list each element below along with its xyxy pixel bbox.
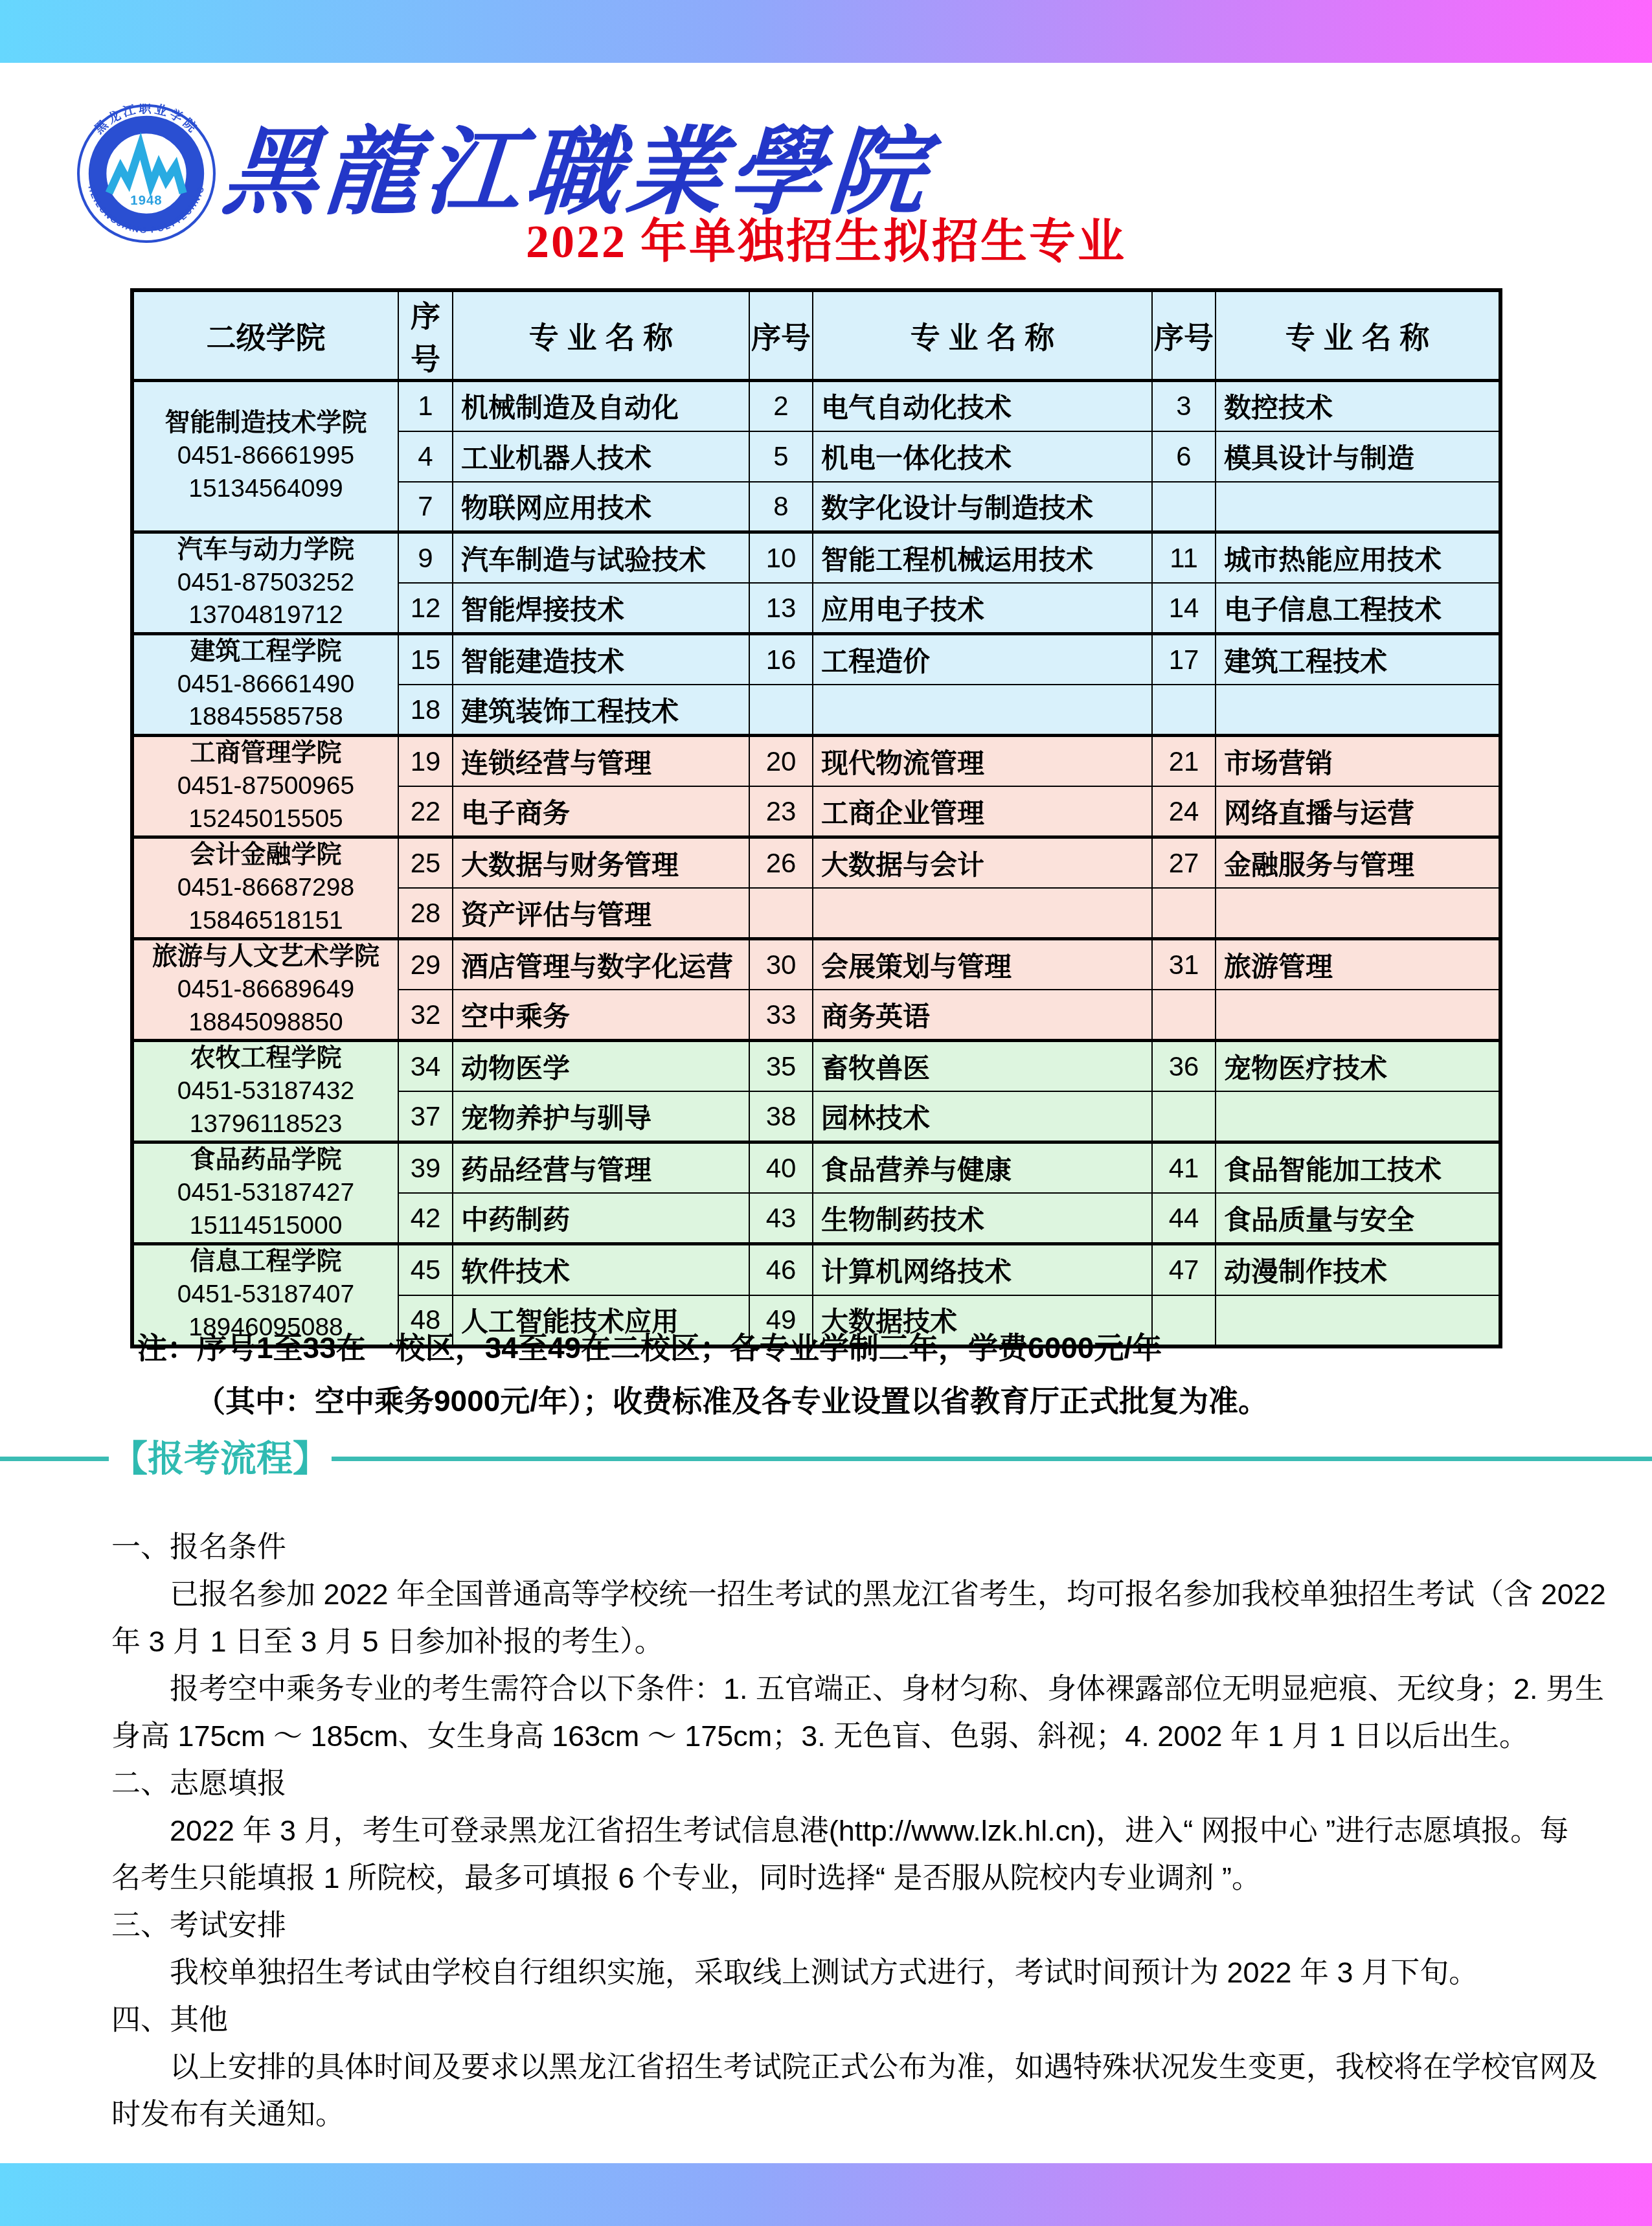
college-phone: 0451-53187407	[137, 1278, 395, 1312]
major-name-cell: 机械制造及自动化	[453, 381, 749, 431]
college-cell: 工商管理学院0451-8750096515245015505	[132, 736, 398, 837]
major-name-cell: 电气自动化技术	[813, 381, 1152, 431]
major-name-cell: 现代物流管理	[813, 736, 1152, 787]
college-name: 汽车与动力学院	[137, 534, 395, 567]
college-phone: 0451-86661490	[137, 668, 395, 701]
note-line-2: （其中：空中乘务9000元/年）；收费标准及各专业设置以省教育厅正式批复为准。	[137, 1374, 1268, 1427]
major-number-cell: 25	[398, 837, 453, 889]
major-number-cell: 35	[749, 1041, 813, 1092]
major-name-cell: 金融服务与管理	[1216, 837, 1500, 889]
major-name-cell: 旅游管理	[1216, 939, 1500, 990]
college-cell: 旅游与人文艺术学院0451-8668964918845098850	[132, 939, 398, 1041]
major-number-cell: 8	[749, 482, 813, 532]
major-name-cell: 模具设计与制造	[1216, 431, 1500, 482]
major-number-cell	[749, 888, 813, 939]
major-name-cell	[1216, 1091, 1500, 1142]
major-number-cell: 5	[749, 431, 813, 482]
major-number-cell	[1152, 685, 1216, 736]
body-line: 年 3 月 1 日至 3 月 5 日参加补报的考生）。	[111, 1618, 1598, 1665]
major-number-cell: 40	[749, 1142, 813, 1194]
major-name-cell: 建筑工程技术	[1216, 634, 1500, 685]
body-heading: 二、志愿填报	[111, 1760, 1598, 1807]
major-name-cell: 药品经营与管理	[453, 1142, 749, 1194]
major-name-cell: 商务英语	[813, 990, 1152, 1041]
college-cell: 汽车与动力学院0451-8750325213704819712	[132, 532, 398, 634]
major-number-cell	[1152, 1091, 1216, 1142]
page-title: 2022 年单独招生拟招生专业	[0, 203, 1652, 271]
major-name-cell: 智能焊接技术	[453, 583, 749, 634]
major-number-cell: 21	[1152, 736, 1216, 787]
major-name-cell: 计算机网络技术	[813, 1244, 1152, 1295]
college-phone: 0451-87500965	[137, 770, 395, 803]
college-cell: 农牧工程学院0451-5318743213796118523	[132, 1041, 398, 1142]
college-phone: 15134564099	[137, 473, 395, 506]
body-line: 以上安排的具体时间及要求以黑龙江省招生考试院正式公布为准，如遇特殊状况发生变更，…	[111, 2043, 1598, 2091]
table-row: 食品药品学院0451-531874271511451500039药品经营与管理4…	[132, 1142, 1500, 1194]
body-line: 身高 175cm ～ 185cm、女生身高 163cm ～ 175cm；3. 无…	[111, 1712, 1598, 1760]
major-name-cell: 网络直播与运营	[1216, 786, 1500, 837]
major-name-cell: 宠物养护与驯导	[453, 1091, 749, 1142]
major-number-cell: 27	[1152, 837, 1216, 889]
major-number-cell: 34	[398, 1041, 453, 1092]
table-row: 工商管理学院0451-875009651524501550519连锁经营与管理2…	[132, 736, 1500, 787]
college-phone: 0451-53187427	[137, 1177, 395, 1210]
table-notes: 注：序号1至33在一校区，34至49在二校区；各专业学制三年，学费6000元/年…	[137, 1321, 1268, 1427]
major-number-cell: 37	[398, 1091, 453, 1142]
major-number-cell: 23	[749, 786, 813, 837]
body-heading: 四、其他	[111, 1996, 1598, 2043]
major-name-cell: 汽车制造与试验技术	[453, 532, 749, 584]
major-number-cell	[1152, 888, 1216, 939]
college-cell: 会计金融学院0451-8668729815846518151	[132, 837, 398, 939]
body-heading: 三、考试安排	[111, 1902, 1598, 1949]
major-name-cell: 动物医学	[453, 1041, 749, 1092]
major-name-cell: 动漫制作技术	[1216, 1244, 1500, 1295]
college-name: 食品药品学院	[137, 1144, 395, 1177]
major-name-cell: 会展策划与管理	[813, 939, 1152, 990]
college-name: 农牧工程学院	[137, 1042, 395, 1075]
poster-page: 黑龙江职业学院 HEILONGJIANG POLYTECHNIC 1948 黑龍…	[0, 0, 1652, 2226]
column-header: 序号	[749, 290, 813, 381]
college-phone: 13796118523	[137, 1108, 395, 1141]
column-header: 专 业 名 称	[453, 290, 749, 381]
major-number-cell: 43	[749, 1193, 813, 1244]
major-name-cell	[1216, 685, 1500, 736]
major-number-cell: 13	[749, 583, 813, 634]
college-phone: 0451-86687298	[137, 872, 395, 905]
major-number-cell: 29	[398, 939, 453, 990]
major-number-cell: 11	[1152, 532, 1216, 584]
major-number-cell: 46	[749, 1244, 813, 1295]
major-name-cell: 食品质量与安全	[1216, 1193, 1500, 1244]
major-number-cell: 1	[398, 381, 453, 431]
major-number-cell: 38	[749, 1091, 813, 1142]
bottom-gradient-strip	[0, 2163, 1652, 2226]
major-number-cell: 10	[749, 532, 813, 584]
major-number-cell: 28	[398, 888, 453, 939]
major-number-cell: 12	[398, 583, 453, 634]
major-name-cell: 生物制药技术	[813, 1193, 1152, 1244]
major-name-cell: 食品智能加工技术	[1216, 1142, 1500, 1194]
college-cell: 食品药品学院0451-5318742715114515000	[132, 1142, 398, 1244]
body-line: 我校单独招生考试由学校自行组织实施，采取线上测试方式进行，考试时间预计为 202…	[111, 1949, 1598, 1996]
body-heading: 一、报名条件	[111, 1523, 1598, 1571]
college-phone: 13704819712	[137, 599, 395, 632]
major-number-cell: 45	[398, 1244, 453, 1295]
major-number-cell: 31	[1152, 939, 1216, 990]
college-name: 工商管理学院	[137, 737, 395, 770]
table-row: 建筑工程学院0451-866614901884558575815智能建造技术16…	[132, 634, 1500, 685]
major-name-cell: 中药制药	[453, 1193, 749, 1244]
major-number-cell: 15	[398, 634, 453, 685]
major-number-cell: 24	[1152, 786, 1216, 837]
majors-table-header: 二级学院序号专 业 名 称序号专 业 名 称序号专 业 名 称	[132, 290, 1500, 381]
major-number-cell: 2	[749, 381, 813, 431]
majors-table-body: 智能制造技术学院0451-86661995151345640991机械制造及自动…	[132, 381, 1500, 1346]
application-process-text: 一、报名条件已报名参加 2022 年全国普通高等学校统一招生考试的黑龙江省考生，…	[111, 1523, 1598, 2138]
section-title: 【报考流程】	[109, 1439, 332, 1478]
college-phone: 0451-87503252	[137, 567, 395, 600]
body-line: 2022 年 3 月，考生可登录黑龙江省招生考试信息港(http://www.l…	[111, 1807, 1598, 1854]
major-number-cell: 39	[398, 1142, 453, 1194]
table-row: 智能制造技术学院0451-86661995151345640991机械制造及自动…	[132, 381, 1500, 431]
college-phone: 18845585758	[137, 701, 395, 734]
major-number-cell: 30	[749, 939, 813, 990]
major-name-cell: 资产评估与管理	[453, 888, 749, 939]
major-name-cell: 宠物医疗技术	[1216, 1041, 1500, 1092]
college-phone: 0451-86689649	[137, 973, 395, 1006]
body-line: 时发布有关通知。	[111, 2091, 1598, 2138]
column-header: 序号	[398, 290, 453, 381]
major-number-cell: 20	[749, 736, 813, 787]
college-name: 旅游与人文艺术学院	[137, 940, 395, 973]
college-phone: 15245015505	[137, 803, 395, 836]
major-name-cell	[1216, 990, 1500, 1041]
major-name-cell: 数字化设计与制造技术	[813, 482, 1152, 532]
column-header: 专 业 名 称	[1216, 290, 1500, 381]
major-number-cell: 9	[398, 532, 453, 584]
major-number-cell: 41	[1152, 1142, 1216, 1194]
major-name-cell	[1216, 888, 1500, 939]
major-number-cell: 4	[398, 431, 453, 482]
majors-table: 二级学院序号专 业 名 称序号专 业 名 称序号专 业 名 称 智能制造技术学院…	[130, 288, 1502, 1348]
major-number-cell: 32	[398, 990, 453, 1041]
college-name: 智能制造技术学院	[137, 407, 395, 440]
major-name-cell: 城市热能应用技术	[1216, 532, 1500, 584]
major-name-cell: 空中乘务	[453, 990, 749, 1041]
major-name-cell: 电子信息工程技术	[1216, 583, 1500, 634]
major-name-cell: 食品营养与健康	[813, 1142, 1152, 1194]
major-number-cell: 22	[398, 786, 453, 837]
major-name-cell	[1216, 482, 1500, 532]
major-name-cell	[813, 685, 1152, 736]
major-name-cell: 机电一体化技术	[813, 431, 1152, 482]
major-number-cell	[749, 685, 813, 736]
college-phone: 0451-86661995	[137, 440, 395, 473]
major-name-cell: 智能工程机械运用技术	[813, 532, 1152, 584]
major-number-cell	[1152, 990, 1216, 1041]
major-number-cell: 33	[749, 990, 813, 1041]
major-name-cell: 大数据与财务管理	[453, 837, 749, 889]
table-row: 汽车与动力学院0451-87503252137048197129汽车制造与试验技…	[132, 532, 1500, 584]
table-row: 农牧工程学院0451-531874321379611852334动物医学35畜牧…	[132, 1041, 1500, 1092]
major-number-cell: 47	[1152, 1244, 1216, 1295]
major-name-cell: 工商企业管理	[813, 786, 1152, 837]
body-line: 报考空中乘务专业的考生需符合以下条件：1. 五官端正、身材匀称、身体裸露部位无明…	[111, 1665, 1598, 1712]
major-name-cell: 工业机器人技术	[453, 431, 749, 482]
column-header: 二级学院	[132, 290, 398, 381]
major-number-cell: 26	[749, 837, 813, 889]
major-name-cell: 园林技术	[813, 1091, 1152, 1142]
table-row: 旅游与人文艺术学院0451-866896491884509885029酒店管理与…	[132, 939, 1500, 990]
major-name-cell: 应用电子技术	[813, 583, 1152, 634]
column-header: 专 业 名 称	[813, 290, 1152, 381]
college-phone: 15846518151	[137, 905, 395, 938]
major-number-cell: 19	[398, 736, 453, 787]
major-number-cell: 36	[1152, 1041, 1216, 1092]
college-phone: 0451-53187432	[137, 1075, 395, 1108]
body-line: 名考生只能填报 1 所院校，最多可填报 6 个专业，同时选择“ 是否服从院校内专…	[111, 1854, 1598, 1902]
college-phone: 18845098850	[137, 1006, 395, 1039]
major-number-cell: 18	[398, 685, 453, 736]
college-phone: 15114515000	[137, 1210, 395, 1243]
major-number-cell: 3	[1152, 381, 1216, 431]
rule-left-segment	[0, 1457, 109, 1461]
rule-right-segment	[332, 1457, 1652, 1461]
major-name-cell	[813, 888, 1152, 939]
major-name-cell: 工程造价	[813, 634, 1152, 685]
major-name-cell: 市场营销	[1216, 736, 1500, 787]
college-cell: 智能制造技术学院0451-8666199515134564099	[132, 381, 398, 532]
major-name-cell: 连锁经营与管理	[453, 736, 749, 787]
college-cell: 建筑工程学院0451-8666149018845585758	[132, 634, 398, 736]
major-name-cell: 大数据与会计	[813, 837, 1152, 889]
table-row: 信息工程学院0451-531874071894609508845软件技术46计算…	[132, 1244, 1500, 1295]
major-name-cell: 酒店管理与数字化运营	[453, 939, 749, 990]
note-line-1: 注：序号1至33在一校区，34至49在二校区；各专业学制三年，学费6000元/年	[137, 1321, 1268, 1374]
column-header: 序号	[1152, 290, 1216, 381]
top-gradient-strip	[0, 0, 1652, 63]
major-name-cell: 物联网应用技术	[453, 482, 749, 532]
major-number-cell: 17	[1152, 634, 1216, 685]
college-name: 信息工程学院	[137, 1245, 395, 1278]
major-name-cell: 畜牧兽医	[813, 1041, 1152, 1092]
section-rule: 【报考流程】	[0, 1439, 1652, 1478]
body-line: 已报名参加 2022 年全国普通高等学校统一招生考试的黑龙江省考生，均可报名参加…	[111, 1571, 1598, 1618]
major-number-cell: 6	[1152, 431, 1216, 482]
major-number-cell: 44	[1152, 1193, 1216, 1244]
major-name-cell: 电子商务	[453, 786, 749, 837]
table-row: 会计金融学院0451-866872981584651815125大数据与财务管理…	[132, 837, 1500, 889]
major-number-cell: 7	[398, 482, 453, 532]
college-name: 建筑工程学院	[137, 635, 395, 668]
college-name: 会计金融学院	[137, 839, 395, 872]
major-name-cell: 建筑装饰工程技术	[453, 685, 749, 736]
major-name-cell: 数控技术	[1216, 381, 1500, 431]
major-number-cell: 16	[749, 634, 813, 685]
major-number-cell: 14	[1152, 583, 1216, 634]
major-number-cell: 42	[398, 1193, 453, 1244]
major-name-cell: 软件技术	[453, 1244, 749, 1295]
major-number-cell	[1152, 482, 1216, 532]
major-name-cell: 智能建造技术	[453, 634, 749, 685]
